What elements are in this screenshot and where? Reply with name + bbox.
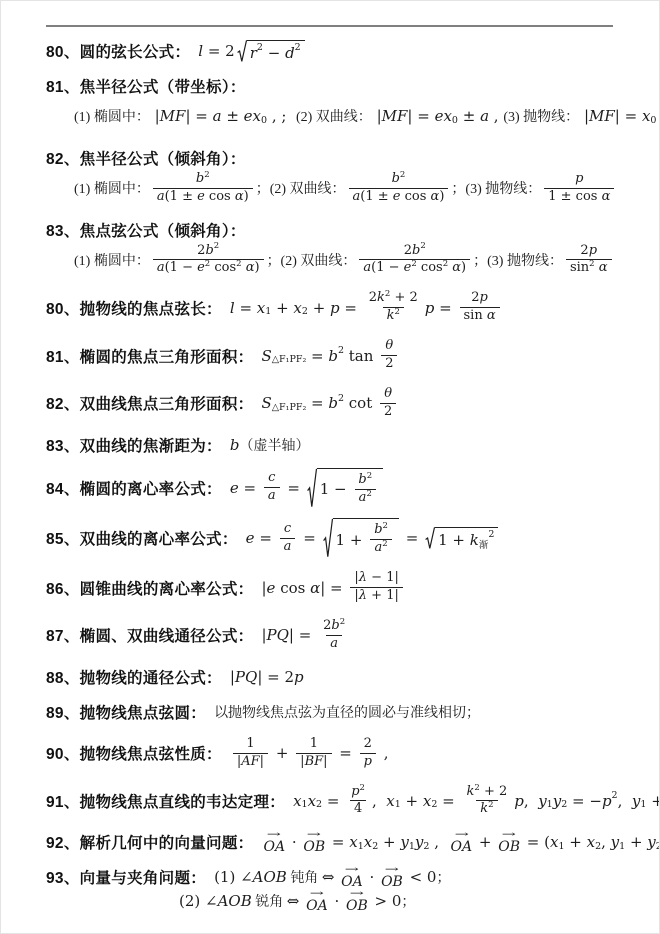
denominator: a [264, 487, 280, 505]
formula-item: 86、圆锥曲线的离心率公式：|e cos α| = |λ − 1||λ + 1| [1, 569, 659, 606]
math-var: y [611, 833, 619, 851]
superscript: 2 [204, 170, 209, 181]
formula-line: 93、向量与夹角问题：(1) ∠AOB 钝角 ⇔ →OA · →OB < 0； [1, 865, 659, 889]
vector-body: OA [341, 875, 363, 889]
math-text: cos [210, 260, 236, 277]
denominator: a [280, 538, 296, 556]
math-var: k [467, 784, 475, 801]
math-text: , [618, 792, 632, 810]
math-var: y [647, 833, 655, 851]
subscript: 2 [561, 799, 567, 810]
formula-item: 91、抛物线焦点直线的韦达定理：x1x2 = p24, x1 + x2 = k2… [1, 783, 659, 820]
denominator: |BF| [296, 753, 331, 771]
math-var: y [553, 792, 561, 810]
math-var: S [261, 347, 271, 365]
formula-line: 80、圆的弦长公式：l = 2r2 − d2 [1, 39, 659, 63]
cjk-text: (1) 椭圆中： [74, 106, 150, 126]
fraction: |λ − 1||λ + 1| [350, 570, 402, 605]
vector-arrow-icon: → [454, 831, 468, 840]
math-var: a [374, 540, 382, 557]
numerator: b2 [354, 472, 376, 489]
subscript: 1 [302, 799, 308, 810]
cjk-text: 钝角 [287, 867, 322, 887]
math-var: λ [359, 588, 367, 605]
cjk-text: （虚半轴） [239, 435, 309, 455]
cjk-text: (3) 抛物线： [503, 106, 579, 126]
item-number: 85、 [46, 531, 80, 548]
math-var: x [293, 299, 301, 317]
subscript: 2 [372, 841, 378, 852]
math-formula: (2) ∠AOB 锐角 ⇔ →OA · →OB > 0； [179, 890, 415, 913]
superscript: 2 [340, 617, 345, 628]
cjk-text: 锐角 [252, 891, 287, 911]
subscript: 0 [650, 115, 656, 126]
subscript: 1 [547, 799, 553, 810]
math-var: d [285, 44, 295, 62]
item-number: 82、 [46, 151, 80, 168]
math-var: p [351, 784, 359, 801]
math-text: + [564, 833, 586, 851]
formula-line: 85、双曲线的离心率公式：e = ca = 1 + b2a2 = 1 + k渐2 [1, 518, 659, 558]
vector-body: OA [263, 840, 285, 854]
vector-arrow-icon: → [307, 831, 321, 840]
denominator: sin2 α [566, 259, 612, 277]
math-var: k [377, 290, 385, 307]
denominator: a2 [355, 489, 376, 507]
item-heading: 82、双曲线焦点三角形面积： [46, 392, 253, 414]
item-title: 焦点弦公式（倾斜角）： [80, 223, 246, 240]
item-title: 焦半径公式（倾斜角）： [80, 151, 246, 168]
superscript: 2 [214, 241, 219, 252]
square-root: 1 + b2a2 [323, 518, 399, 558]
math-text: · [330, 892, 344, 910]
math-var: p [364, 754, 372, 771]
item-number: 80、 [46, 44, 80, 61]
math-text: 2 [471, 290, 479, 307]
fraction: ca [280, 521, 296, 556]
math-formula: x1x2 = p24, x1 + x2 = k2 + 2k2p, y1y2 = … [293, 783, 660, 820]
subscript: 1 [395, 799, 401, 810]
math-text: , [524, 792, 538, 810]
math-text: 2 [384, 404, 392, 421]
item-heading: 89、抛物线焦点弦圆： [46, 701, 206, 723]
math-var: b [328, 347, 338, 365]
math-var: x [386, 792, 394, 810]
denominator: |AF| [233, 753, 268, 771]
formula-line: 83、双曲线的焦渐距为：b（虚半轴） [1, 433, 659, 457]
math-text: | [372, 107, 382, 125]
math-text: | [579, 107, 589, 125]
superscript: 2 [420, 241, 425, 252]
item-number: 86、 [46, 581, 80, 598]
math-text: , ; [267, 107, 296, 125]
math-text: = [401, 529, 423, 547]
math-var: BF [305, 754, 324, 771]
subscript: 1 [558, 841, 564, 852]
superscript: 2 [411, 259, 416, 270]
item-title: 抛物线的焦点弦长： [80, 301, 222, 318]
formula-item: 82、双曲线焦点三角形面积：S△F₁PF₂ = b2 cot θ2 [1, 385, 659, 422]
formula-line: 87、椭圆、双曲线通径公式：|PQ| = 2b2a [1, 617, 659, 654]
math-text: | = 2 [257, 668, 294, 686]
math-formula: |PQ| = 2b2a [261, 617, 352, 654]
formula-item: 83、双曲线的焦渐距为：b（虚半轴） [1, 433, 659, 457]
fraction: 2k2 + 2k2 [365, 290, 422, 325]
numerator: k2 + 2 [463, 784, 512, 801]
math-formula: 以抛物线焦点弦为直径的圆必与准线相切； [214, 702, 480, 722]
superscript: 2 [395, 307, 400, 318]
radical-sign [307, 468, 317, 508]
item-heading: 93、向量与夹角问题： [46, 866, 206, 888]
denominator: a(1 ± e cos α) [153, 188, 253, 206]
fraction: b2a(1 ± e cos α) [349, 171, 449, 206]
formula-item: 92、解析几何中的向量问题：→OA · →OB = x1x2 + y1y2 , … [1, 830, 659, 854]
superscript: 2 [589, 259, 594, 270]
fraction: ca [264, 470, 280, 505]
math-text: = [235, 299, 257, 317]
math-var: α [448, 260, 461, 277]
fraction: b2a2 [370, 522, 392, 557]
item-title: 双曲线的焦渐距为： [80, 438, 222, 455]
fraction: 2psin α [460, 290, 500, 325]
math-text: = [283, 479, 305, 497]
formula-item: 83、焦点弦公式（倾斜角）：(1) 椭圆中：2b2a(1 − e2 cos2 α… [1, 218, 659, 279]
fraction: 2b2a(1 − e2 cos2 α) [153, 243, 264, 278]
item-number: 83、 [46, 223, 80, 240]
math-var: x [257, 299, 265, 317]
math-text: = [306, 394, 328, 412]
square-root: 1 − b2a2 [307, 468, 383, 508]
vector-body: OA [306, 899, 328, 913]
math-text: tan [344, 347, 378, 365]
item-title: 圆锥曲线的离心率公式： [80, 581, 254, 598]
item-title: 解析几何中的向量问题： [80, 835, 254, 852]
math-text: + [474, 833, 496, 851]
formula-line: (2) ∠AOB 锐角 ⇔ →OA · →OB > 0； [1, 889, 659, 913]
subscript: 2 [316, 799, 322, 810]
vector-body: OA [451, 840, 473, 854]
fraction: k2 + 2k2 [463, 784, 512, 819]
item-title: 抛物线焦点弦圆： [80, 705, 206, 722]
math-var: p [425, 299, 435, 317]
denominator: k2 [383, 307, 404, 325]
math-text: ) [439, 189, 444, 206]
math-var: PQ [235, 668, 257, 686]
math-var: e [246, 529, 255, 547]
radical-sign [237, 40, 247, 62]
math-var: p [514, 792, 524, 810]
item-heading: 92、解析几何中的向量问题： [46, 831, 253, 853]
math-text: = [434, 299, 456, 317]
numerator: 2b2 [319, 618, 349, 635]
item-heading: 86、圆锥曲线的离心率公式： [46, 577, 253, 599]
item-heading: 85、双曲线的离心率公式： [46, 527, 238, 549]
math-text: sin [464, 308, 487, 325]
math-text: 2 [364, 736, 372, 753]
item-heading: 87、椭圆、双曲线通径公式： [46, 624, 253, 646]
math-text: + [271, 299, 293, 317]
vector-body: OB [303, 840, 325, 854]
item-heading: 81、焦半径公式（带坐标）： [46, 75, 246, 97]
item-heading-line: 83、焦点弦公式（倾斜角）： [1, 218, 659, 242]
math-var: b [230, 436, 240, 454]
formula-item: 81、焦半径公式（带坐标）：(1) 椭圆中： |MF| = a ± ex0 , … [1, 74, 659, 135]
math-text: 2 [369, 290, 377, 307]
math-var: b [374, 522, 382, 539]
item-heading: 91、抛物线焦点直线的韦达定理： [46, 790, 285, 812]
math-text: − [263, 44, 285, 62]
math-var: p [589, 243, 597, 260]
superscript: 2 [443, 259, 448, 270]
subscript: 2 [595, 841, 601, 852]
vector-arrow-icon: → [267, 831, 281, 840]
item-title: 抛物线焦点直线的韦达定理： [80, 794, 285, 811]
math-var: a [268, 488, 276, 505]
fraction: p1 ± cos α [544, 171, 614, 206]
math-text: (1 − [165, 260, 198, 277]
math-text: cos [275, 579, 310, 597]
denominator: sin α [460, 307, 500, 325]
item-number: 93、 [46, 870, 80, 887]
math-text: = [255, 529, 277, 547]
superscript: 2 [295, 42, 301, 53]
math-formula: →OA · →OB = x1x2 + y1y2 , →OA + →OB = (x… [261, 831, 660, 854]
numerator: b2 [192, 171, 214, 188]
math-formula: S△F₁PF₂ = b2 tan θ2 [261, 337, 400, 374]
vector: →OB [346, 890, 368, 913]
math-var: a [157, 189, 165, 206]
subscript: 0 [452, 115, 458, 126]
cjk-text: ；(3) 抛物线： [451, 178, 541, 198]
subscript: 2 [302, 306, 308, 317]
radical-sign [425, 527, 435, 549]
math-text: 1 [310, 736, 318, 753]
math-text: = − [567, 792, 602, 810]
numerator: 2p [576, 243, 601, 260]
numerator: c [264, 470, 279, 487]
superscript: 2 [366, 489, 371, 500]
square-root: r2 − d2 [237, 40, 305, 62]
fraction: 1|BF| [296, 736, 331, 771]
math-var: b [412, 243, 420, 260]
math-var: ex [244, 107, 261, 125]
math-var: e [267, 579, 276, 597]
formula-item: 85、双曲线的离心率公式：e = ca = 1 + b2a2 = 1 + k渐2 [1, 518, 659, 558]
math-var: k [470, 531, 479, 549]
formula-item: 89、抛物线焦点弦圆：以抛物线焦点弦为直径的圆必与准线相切； [1, 700, 659, 724]
math-var: r [250, 44, 257, 62]
item-number: 92、 [46, 835, 80, 852]
math-var: y [538, 792, 546, 810]
denominator: a(1 ± e cos α) [349, 188, 449, 206]
math-var: c [268, 470, 275, 487]
math-text: 2 [323, 618, 331, 635]
item-heading: 83、双曲线的焦渐距为： [46, 434, 222, 456]
math-text: + [378, 833, 400, 851]
math-text: ⇔ [322, 868, 339, 886]
math-text: + [308, 299, 330, 317]
formula-line: 84、椭圆的离心率公式：e = ca = 1 − b2a2 [1, 468, 659, 508]
numerator: |λ − 1| [350, 570, 402, 587]
formula-item: 90、抛物线焦点弦性质：1|AF| + 1|BF| = 2p , [1, 735, 659, 772]
math-var: MF [589, 107, 615, 125]
math-var: a [480, 107, 489, 125]
math-text: + 1| [367, 588, 399, 605]
math-var: c [284, 521, 291, 538]
superscript: 2 [360, 783, 365, 794]
math-formula: S△F₁PF₂ = b2 cot θ2 [261, 385, 399, 422]
math-var: λ [359, 570, 367, 587]
math-text: ) [254, 260, 259, 277]
formula-line: 81、椭圆的焦点三角形面积：S△F₁PF₂ = b2 tan θ2 [1, 337, 659, 374]
math-text: | = [407, 107, 434, 125]
math-text: 2 [580, 243, 588, 260]
math-text: (1 ± [360, 189, 393, 206]
item-number: 80、 [46, 301, 80, 318]
formula-item: 88、抛物线的通径公式：|PQ| = 2p [1, 665, 659, 689]
math-var: b [205, 243, 213, 260]
fraction: p24 [347, 784, 369, 819]
numerator: 2b2 [400, 243, 430, 260]
item-number: 87、 [46, 628, 80, 645]
math-text: | [150, 107, 160, 125]
math-text: , [379, 744, 389, 762]
vector: →OA [306, 890, 328, 913]
cjk-text: (2) 双曲线： [296, 106, 372, 126]
formula-item: 82、焦半径公式（倾斜角）：(1) 椭圆中：b2a(1 ± e cos α)；(… [1, 146, 659, 207]
fraction: 2p [360, 736, 376, 771]
radicand: 1 + b2a2 [333, 518, 399, 558]
math-var: a [363, 260, 371, 277]
formula-line: (1) 椭圆中：2b2a(1 − e2 cos2 α)；(2) 双曲线：2b2a… [1, 242, 659, 279]
math-var: e [230, 479, 239, 497]
formula-line: 86、圆锥曲线的离心率公式：|e cos α| = |λ − 1||λ + 1| [1, 569, 659, 606]
math-text: + 2 [390, 290, 417, 307]
formula-line: 91、抛物线焦点直线的韦达定理：x1x2 = p24, x1 + x2 = k2… [1, 783, 659, 820]
math-text: ) [461, 260, 466, 277]
math-text: > 0 [370, 892, 402, 910]
math-var: MF [382, 107, 408, 125]
cjk-text: 以抛物线焦点弦为直径的圆必与准线相切； [214, 702, 480, 722]
formula-item: 87、椭圆、双曲线通径公式：|PQ| = 2b2a [1, 617, 659, 654]
math-text: − 1| [367, 570, 399, 587]
math-var: e [393, 189, 401, 206]
denominator: 4 [350, 800, 366, 818]
math-var: α [595, 260, 608, 277]
numerator: b2 [370, 522, 392, 539]
math-formula: |e cos α| = |λ − 1||λ + 1| [261, 569, 405, 606]
math-formula: (1) 椭圆中：2b2a(1 − e2 cos2 α)；(2) 双曲线：2b2a… [74, 242, 615, 279]
math-text: · [287, 833, 301, 851]
math-var: α [310, 579, 320, 597]
superscript: 2 [385, 289, 390, 300]
fraction: 2psin2 α [566, 243, 612, 278]
denominator: a(1 − e2 cos2 α) [359, 259, 470, 277]
math-text: , [489, 107, 503, 125]
math-var: AOB [218, 892, 252, 910]
math-text: 2 [404, 243, 412, 260]
numerator: p2 [347, 784, 369, 801]
fraction: b2a(1 ± e cos α) [153, 171, 253, 206]
item-number: 81、 [46, 349, 80, 366]
denominator: k2 [476, 800, 497, 818]
formula-item: 80、抛物线的焦点弦长：l = x1 + x2 + p = 2k2 + 2k2p… [1, 289, 659, 326]
item-heading: 81、椭圆的焦点三角形面积： [46, 345, 253, 367]
math-var: AOB [253, 868, 287, 886]
formula-item: 80、圆的弦长公式：l = 2r2 − d2 [1, 39, 659, 63]
math-text: cos [205, 189, 235, 206]
math-text: = ( [522, 833, 550, 851]
math-formula: |PQ| = 2p [230, 668, 304, 686]
vector-body: OB [346, 899, 368, 913]
formula-line: 80、抛物线的焦点弦长：l = x1 + x2 + p = 2k2 + 2k2p… [1, 289, 659, 326]
item-number: 88、 [46, 670, 80, 687]
subscript: △F₁PF₂ [272, 354, 307, 365]
denominator: 2 [380, 403, 396, 421]
math-text: cos [401, 189, 431, 206]
subscript: 1 [640, 799, 646, 810]
vector-arrow-icon: → [350, 890, 364, 899]
item-title: 双曲线的离心率公式： [80, 531, 238, 548]
numerator: 2p [467, 290, 492, 307]
math-text: = [437, 792, 459, 810]
superscript: 2 [612, 790, 618, 801]
math-text: < 0 [405, 868, 437, 886]
item-title: 椭圆的焦点三角形面积： [80, 349, 254, 366]
math-text: 1 [246, 736, 254, 753]
cjk-text: (1) 椭圆中： [74, 250, 150, 270]
math-text: = [298, 529, 320, 547]
math-text: ⇔ [287, 892, 304, 910]
subscript: 2 [656, 841, 660, 852]
vector-arrow-icon: → [345, 866, 359, 875]
superscript: 2 [488, 800, 493, 811]
denominator: a(1 − e2 cos2 α) [153, 259, 264, 277]
denominator: |λ + 1| [350, 587, 402, 605]
math-var: x [423, 792, 431, 810]
formula-line: (1) 椭圆中：b2a(1 ± e cos α)；(2) 双曲线：b2a(1 ±… [1, 170, 659, 207]
radical-sign [323, 518, 333, 558]
math-var: a [330, 636, 338, 653]
math-text: (2) ∠ [179, 892, 218, 910]
subscript: 2 [431, 799, 437, 810]
math-text: = [239, 479, 261, 497]
formula-item: 93、向量与夹角问题：(1) ∠AOB 钝角 ⇔ →OA · →OB < 0；(… [1, 865, 659, 913]
radicand: 1 − b2a2 [317, 468, 383, 508]
fraction: 2b2a [319, 618, 349, 653]
formula-item: 81、椭圆的焦点三角形面积：S△F₁PF₂ = b2 tan θ2 [1, 337, 659, 374]
item-heading: 80、圆的弦长公式： [46, 40, 190, 62]
formula-line: 89、抛物线焦点弦圆：以抛物线焦点弦为直径的圆必与准线相切； [1, 700, 659, 724]
math-text: | [323, 754, 327, 771]
math-var: p [294, 668, 304, 686]
subscript: △F₁PF₂ [272, 402, 307, 413]
numerator: b2 [388, 171, 410, 188]
vector: →OB [498, 831, 520, 854]
math-text: + 2 [480, 784, 507, 801]
math-text: + [656, 107, 660, 125]
formula-line: 82、双曲线焦点三角形面积：S△F₁PF₂ = b2 cot θ2 [1, 385, 659, 422]
math-var: MF [160, 107, 186, 125]
math-text: (1 − [371, 260, 404, 277]
subscript: 渐 [479, 537, 489, 551]
denominator: 1 ± cos α [544, 188, 614, 206]
math-var: p [575, 171, 583, 188]
math-var: α [602, 189, 611, 206]
item-heading: 82、焦半径公式（倾斜角）： [46, 147, 246, 169]
vector: →OA [451, 831, 473, 854]
item-title: 双曲线焦点三角形面积： [80, 396, 254, 413]
